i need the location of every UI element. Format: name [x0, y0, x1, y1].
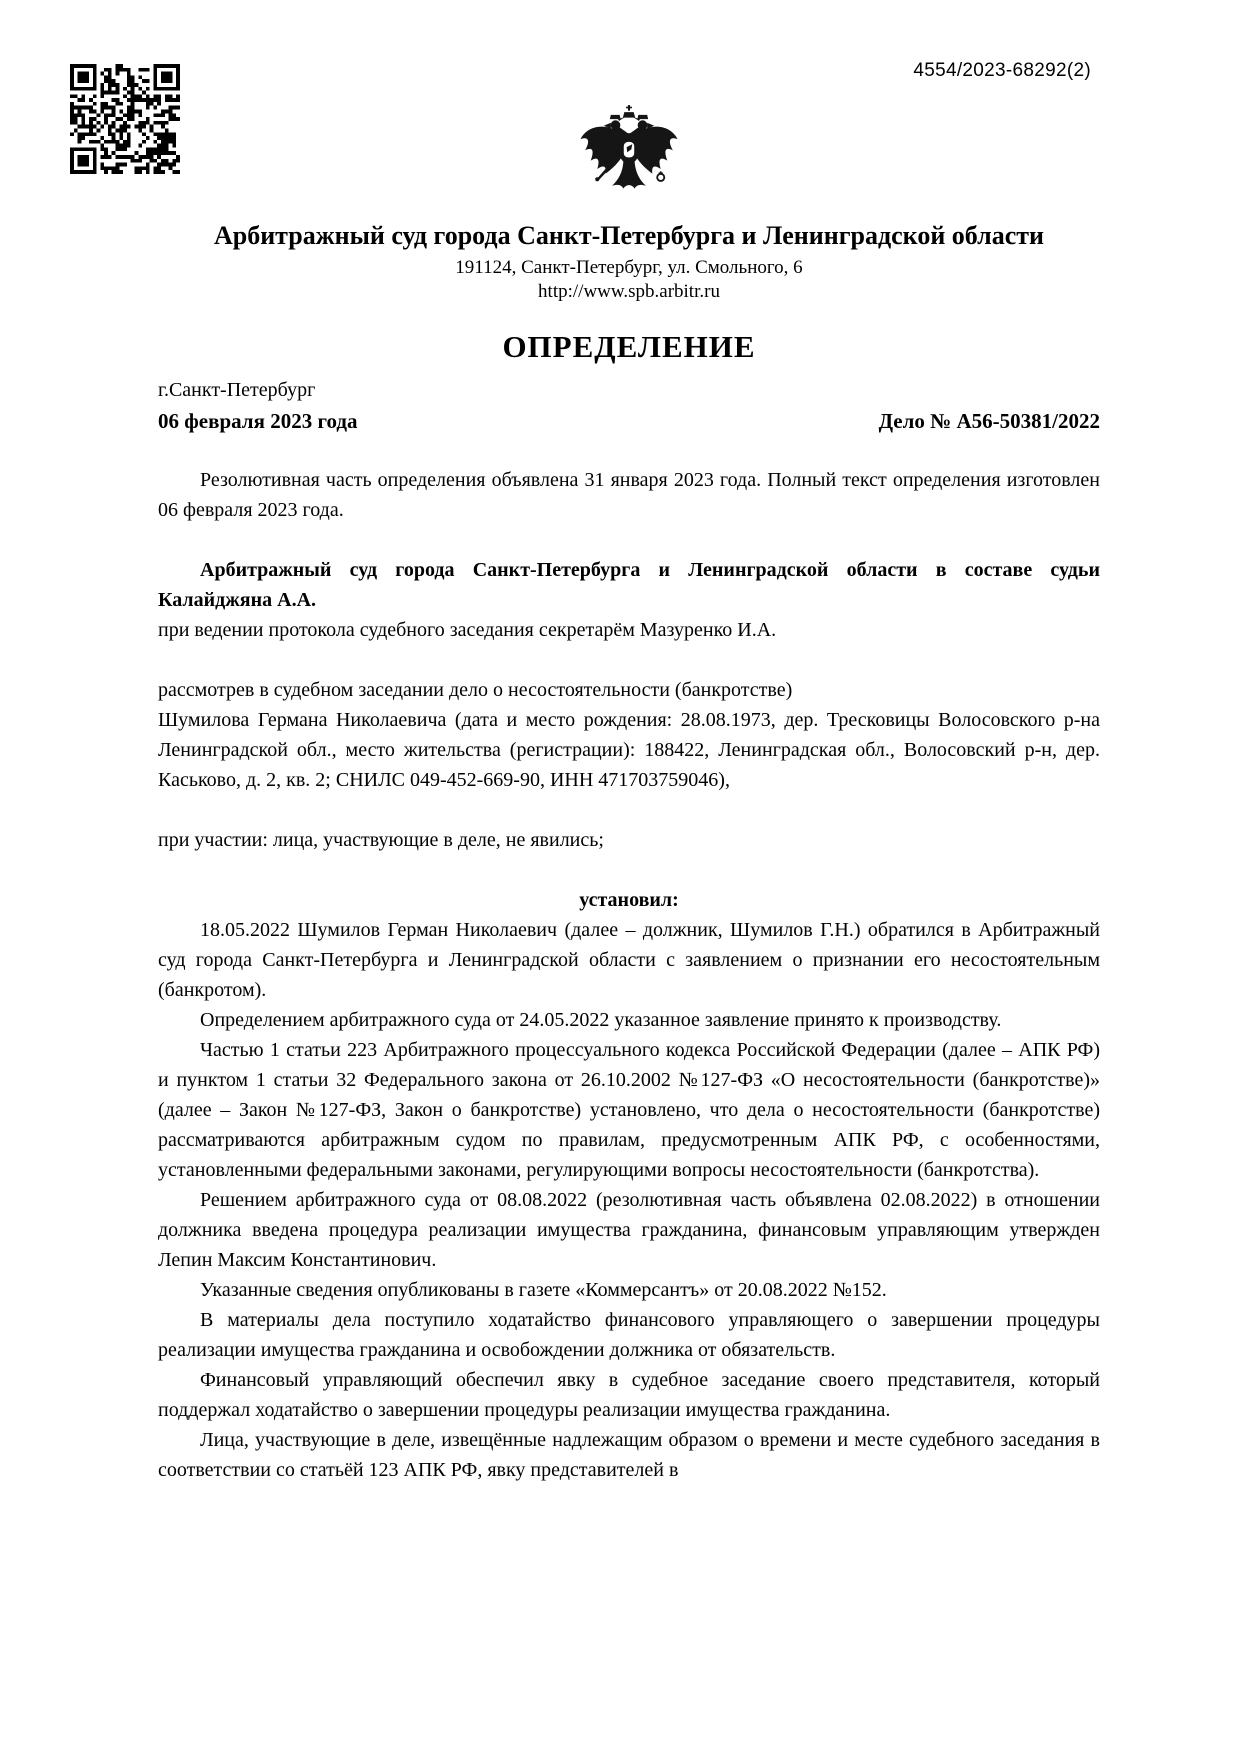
paragraph: установил: [158, 885, 1100, 915]
document-page: 4554/2023-68292(2) [0, 0, 1241, 1755]
court-name: Арбитражный суд города Санкт-Петербурга … [158, 221, 1100, 251]
document-number: 4554/2023-68292(2) [913, 60, 1091, 82]
paragraph: при ведении протокола судебного заседани… [158, 615, 1100, 645]
court-website: http://www.spb.arbitr.ru [158, 280, 1100, 304]
paragraph: Шумилова Германа Николаевича (дата и мес… [158, 705, 1100, 795]
paragraph: Указанные сведения опубликованы в газете… [158, 1275, 1100, 1305]
document-title: ОПРЕДЕЛЕНИЕ [158, 330, 1100, 364]
document-body: Резолютивная часть определения объявлена… [158, 465, 1100, 1485]
coat-of-arms-icon [573, 102, 685, 208]
qr-code-icon [70, 64, 180, 174]
paragraph-spacer [158, 525, 1100, 555]
date-case-row: 06 февраля 2023 года Дело № А56-50381/20… [158, 408, 1100, 435]
paragraph: рассмотрев в судебном заседании дело о н… [158, 675, 1100, 705]
paragraph: Частью 1 статьи 223 Арбитражного процесс… [158, 1035, 1100, 1185]
emblem-container [158, 0, 1100, 213]
paragraph-spacer [158, 645, 1100, 675]
paragraph: Финансовый управляющий обеспечил явку в … [158, 1365, 1100, 1425]
paragraph-spacer [158, 855, 1100, 885]
paragraph: В материалы дела поступило ходатайство ф… [158, 1305, 1100, 1365]
document-date: 06 февраля 2023 года [158, 408, 357, 435]
paragraph: Арбитражный суд города Санкт-Петербурга … [158, 555, 1100, 615]
paragraph: при участии: лица, участвующие в деле, н… [158, 825, 1100, 855]
paragraph: 18.05.2022 Шумилов Герман Николаевич (да… [158, 915, 1100, 1005]
city-label: г.Санкт-Петербург [158, 378, 1100, 403]
paragraph: Определением арбитражного суда от 24.05.… [158, 1005, 1100, 1035]
paragraph: Решением арбитражного суда от 08.08.2022… [158, 1185, 1100, 1275]
paragraph: Резолютивная часть определения объявлена… [158, 465, 1100, 525]
case-number: Дело № А56-50381/2022 [879, 408, 1100, 435]
paragraph-spacer [158, 795, 1100, 825]
court-address: 191124, Санкт-Петербург, ул. Смольного, … [158, 256, 1100, 280]
paragraph: Лица, участвующие в деле, извещённые над… [158, 1425, 1100, 1485]
